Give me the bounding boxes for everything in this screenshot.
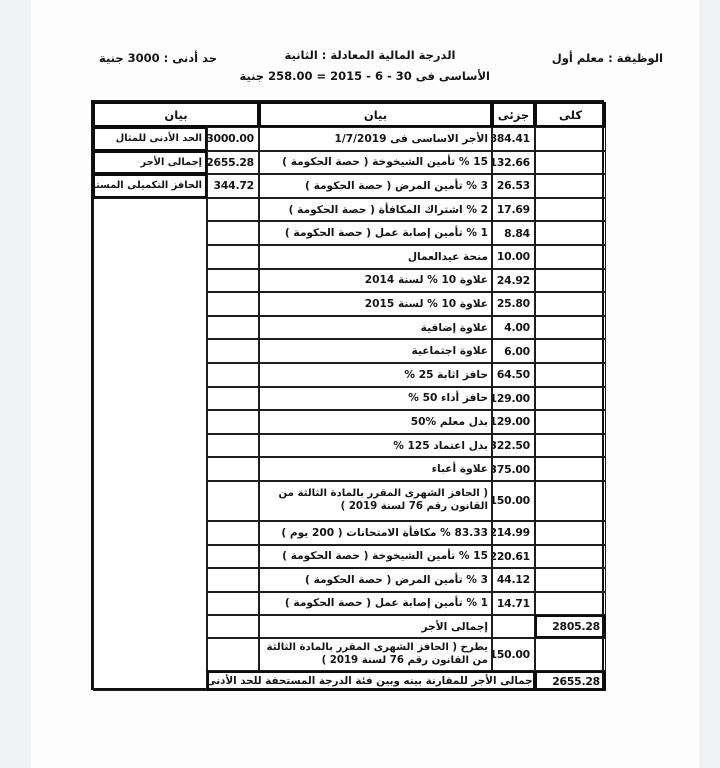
row-label: ( الحافز الشهرى المقرر بالمادة الثالثة م… — [259, 481, 492, 521]
basic-salary-text: الأساسى فى 30 - 6 - 2015 = 258.00 جنية — [240, 69, 490, 83]
empty-cell — [535, 592, 606, 616]
grade-text: الدرجة المالية المعادلة : الثانية — [260, 48, 480, 62]
row-partial-value: 14.71 — [492, 592, 535, 616]
empty-cell — [535, 363, 606, 387]
empty-cell — [207, 269, 259, 293]
row-label: بدل اعتماد 125 % — [259, 434, 492, 458]
row-label: علاوة 10 % لسنة 2015 — [259, 292, 492, 316]
empty-cell — [207, 387, 259, 411]
row-partial-value: 375.00 — [492, 457, 535, 481]
row-partial-value: 4.00 — [492, 316, 535, 340]
row-label: 1 % تأمين إصابة عمل ( حصة الحكومة ) — [259, 592, 492, 616]
empty-cell — [535, 434, 606, 458]
empty-cell — [535, 269, 606, 293]
job-title-text: الوظيفة : معلم أول — [552, 51, 663, 65]
empty-cell — [207, 221, 259, 245]
empty-cell — [492, 615, 535, 638]
row-partial-value: 25.80 — [492, 292, 535, 316]
empty-cell — [535, 410, 606, 434]
row-partial-value: 26.53 — [492, 174, 535, 198]
row-partial-value: 64.50 — [492, 363, 535, 387]
row-label: علاوة إضافية — [259, 316, 492, 340]
total-row-value: 2805.28 — [535, 615, 606, 638]
row-label: 3 % تأمين المرض ( حصة الحكومة ) — [259, 568, 492, 592]
row-label: علاوة أعباء — [259, 457, 492, 481]
left-row-value: 3000.00 — [207, 127, 259, 151]
empty-cell — [207, 198, 259, 222]
row-partial-value: 220.61 — [492, 545, 535, 569]
left-row-value: 344.72 — [207, 174, 259, 198]
empty-cell — [535, 521, 606, 545]
empty-cell — [535, 245, 606, 269]
row-label: 3 % تأمين المرض ( حصة الحكومة ) — [259, 174, 492, 198]
row-label: 1 % تأمين إصابة عمل ( حصة الحكومة ) — [259, 221, 492, 245]
empty-cell — [207, 638, 259, 671]
empty-cell — [207, 568, 259, 592]
empty-cell — [207, 592, 259, 616]
row-partial-value: 8.84 — [492, 221, 535, 245]
row-label: 15 % تأمين الشيخوخة ( حصة الحكومة ) — [259, 545, 492, 569]
left-row-label: الحافز التكميلى المستحق — [93, 174, 207, 198]
row-label: منحة عيدالعمال — [259, 245, 492, 269]
final-row-total: 2655.28 — [535, 671, 606, 691]
empty-cell — [535, 151, 606, 175]
row-label: 83.33 % مكافأة الامتحانات ( 200 يوم ) — [259, 521, 492, 545]
row-partial-value: 150.00 — [492, 481, 535, 521]
empty-cell — [207, 481, 259, 521]
empty-cell — [207, 339, 259, 363]
empty-cell — [535, 457, 606, 481]
empty-cell — [535, 292, 606, 316]
row-partial-value: 884.41 — [492, 127, 535, 151]
scan-edge-right — [699, 0, 720, 768]
min-wage-text: حد أدنى : 3000 جنية — [95, 51, 217, 65]
row-partial-value: 129.00 — [492, 410, 535, 434]
empty-cell — [207, 363, 259, 387]
empty-cell — [535, 545, 606, 569]
empty-cell — [207, 292, 259, 316]
row-partial-value: 24.92 — [492, 269, 535, 293]
total-row-label: إجمالى الأجر — [259, 615, 492, 638]
empty-cell — [535, 316, 606, 340]
row-partial-value: 322.50 — [492, 434, 535, 458]
statement-header: بيان — [259, 102, 492, 127]
row-partial-value: 17.69 — [492, 198, 535, 222]
row-partial-value: 132.66 — [492, 151, 535, 175]
empty-cell — [535, 198, 606, 222]
empty-cell — [535, 387, 606, 411]
empty-cell — [535, 568, 606, 592]
empty-cell — [207, 545, 259, 569]
empty-cell — [207, 457, 259, 481]
row-label: بدل معلم %50 — [259, 410, 492, 434]
row-label: الأجر الاساسى فى 1/7/2019 — [259, 127, 492, 151]
partial-column-header: جزئى — [492, 102, 535, 127]
row-partial-value: 6.00 — [492, 339, 535, 363]
final-row-label: اجمالى الأجر للمقارنة بينه وبين فئة الدر… — [207, 671, 535, 691]
deduction-row-label: يطرح ( الحافز الشهرى المقرر بالمادة الثا… — [259, 638, 492, 671]
total-column-header: كلى — [535, 102, 606, 127]
empty-cell — [535, 174, 606, 198]
empty-cell — [207, 245, 259, 269]
left-row-label: الحد الأدنى للمثال — [93, 127, 207, 151]
empty-cell — [207, 410, 259, 434]
deduction-row-partial: 150.00 — [492, 638, 535, 671]
row-label: حافز اثابة 25 % — [259, 363, 492, 387]
row-label: علاوة اجتماعية — [259, 339, 492, 363]
left-statement-header: بيان — [93, 102, 259, 127]
row-label: حافز أداء 50 % — [259, 387, 492, 411]
empty-cell — [535, 127, 606, 151]
left-row-value: 2655.28 — [207, 151, 259, 175]
empty-cell — [207, 316, 259, 340]
empty-cell — [535, 339, 606, 363]
left-row-label: إجمالى الأجر — [93, 151, 207, 175]
empty-cell — [207, 521, 259, 545]
empty-cell — [535, 638, 606, 671]
row-label: 15 % تأمين الشيخوخة ( حصة الحكومة ) — [259, 151, 492, 175]
empty-cell — [207, 434, 259, 458]
empty-cell — [535, 481, 606, 521]
scan-edge-left — [0, 0, 31, 768]
row-partial-value: 129.00 — [492, 387, 535, 411]
left-merged-empty-cell — [93, 198, 207, 692]
row-partial-value: 44.12 — [492, 568, 535, 592]
scanned-salary-document: { "page_header": { "job": "الوظيفة : معل… — [0, 0, 720, 768]
salary-table: بيان بيان جزئى كلى الحد الأدنى للمثال 30… — [91, 100, 604, 690]
empty-cell — [207, 615, 259, 638]
empty-cell — [535, 221, 606, 245]
row-partial-value: 214.99 — [492, 521, 535, 545]
row-label: 2 % اشتراك المكافأة ( حصة الحكومة ) — [259, 198, 492, 222]
row-partial-value: 10.00 — [492, 245, 535, 269]
row-label: علاوة 10 % لسنة 2014 — [259, 269, 492, 293]
